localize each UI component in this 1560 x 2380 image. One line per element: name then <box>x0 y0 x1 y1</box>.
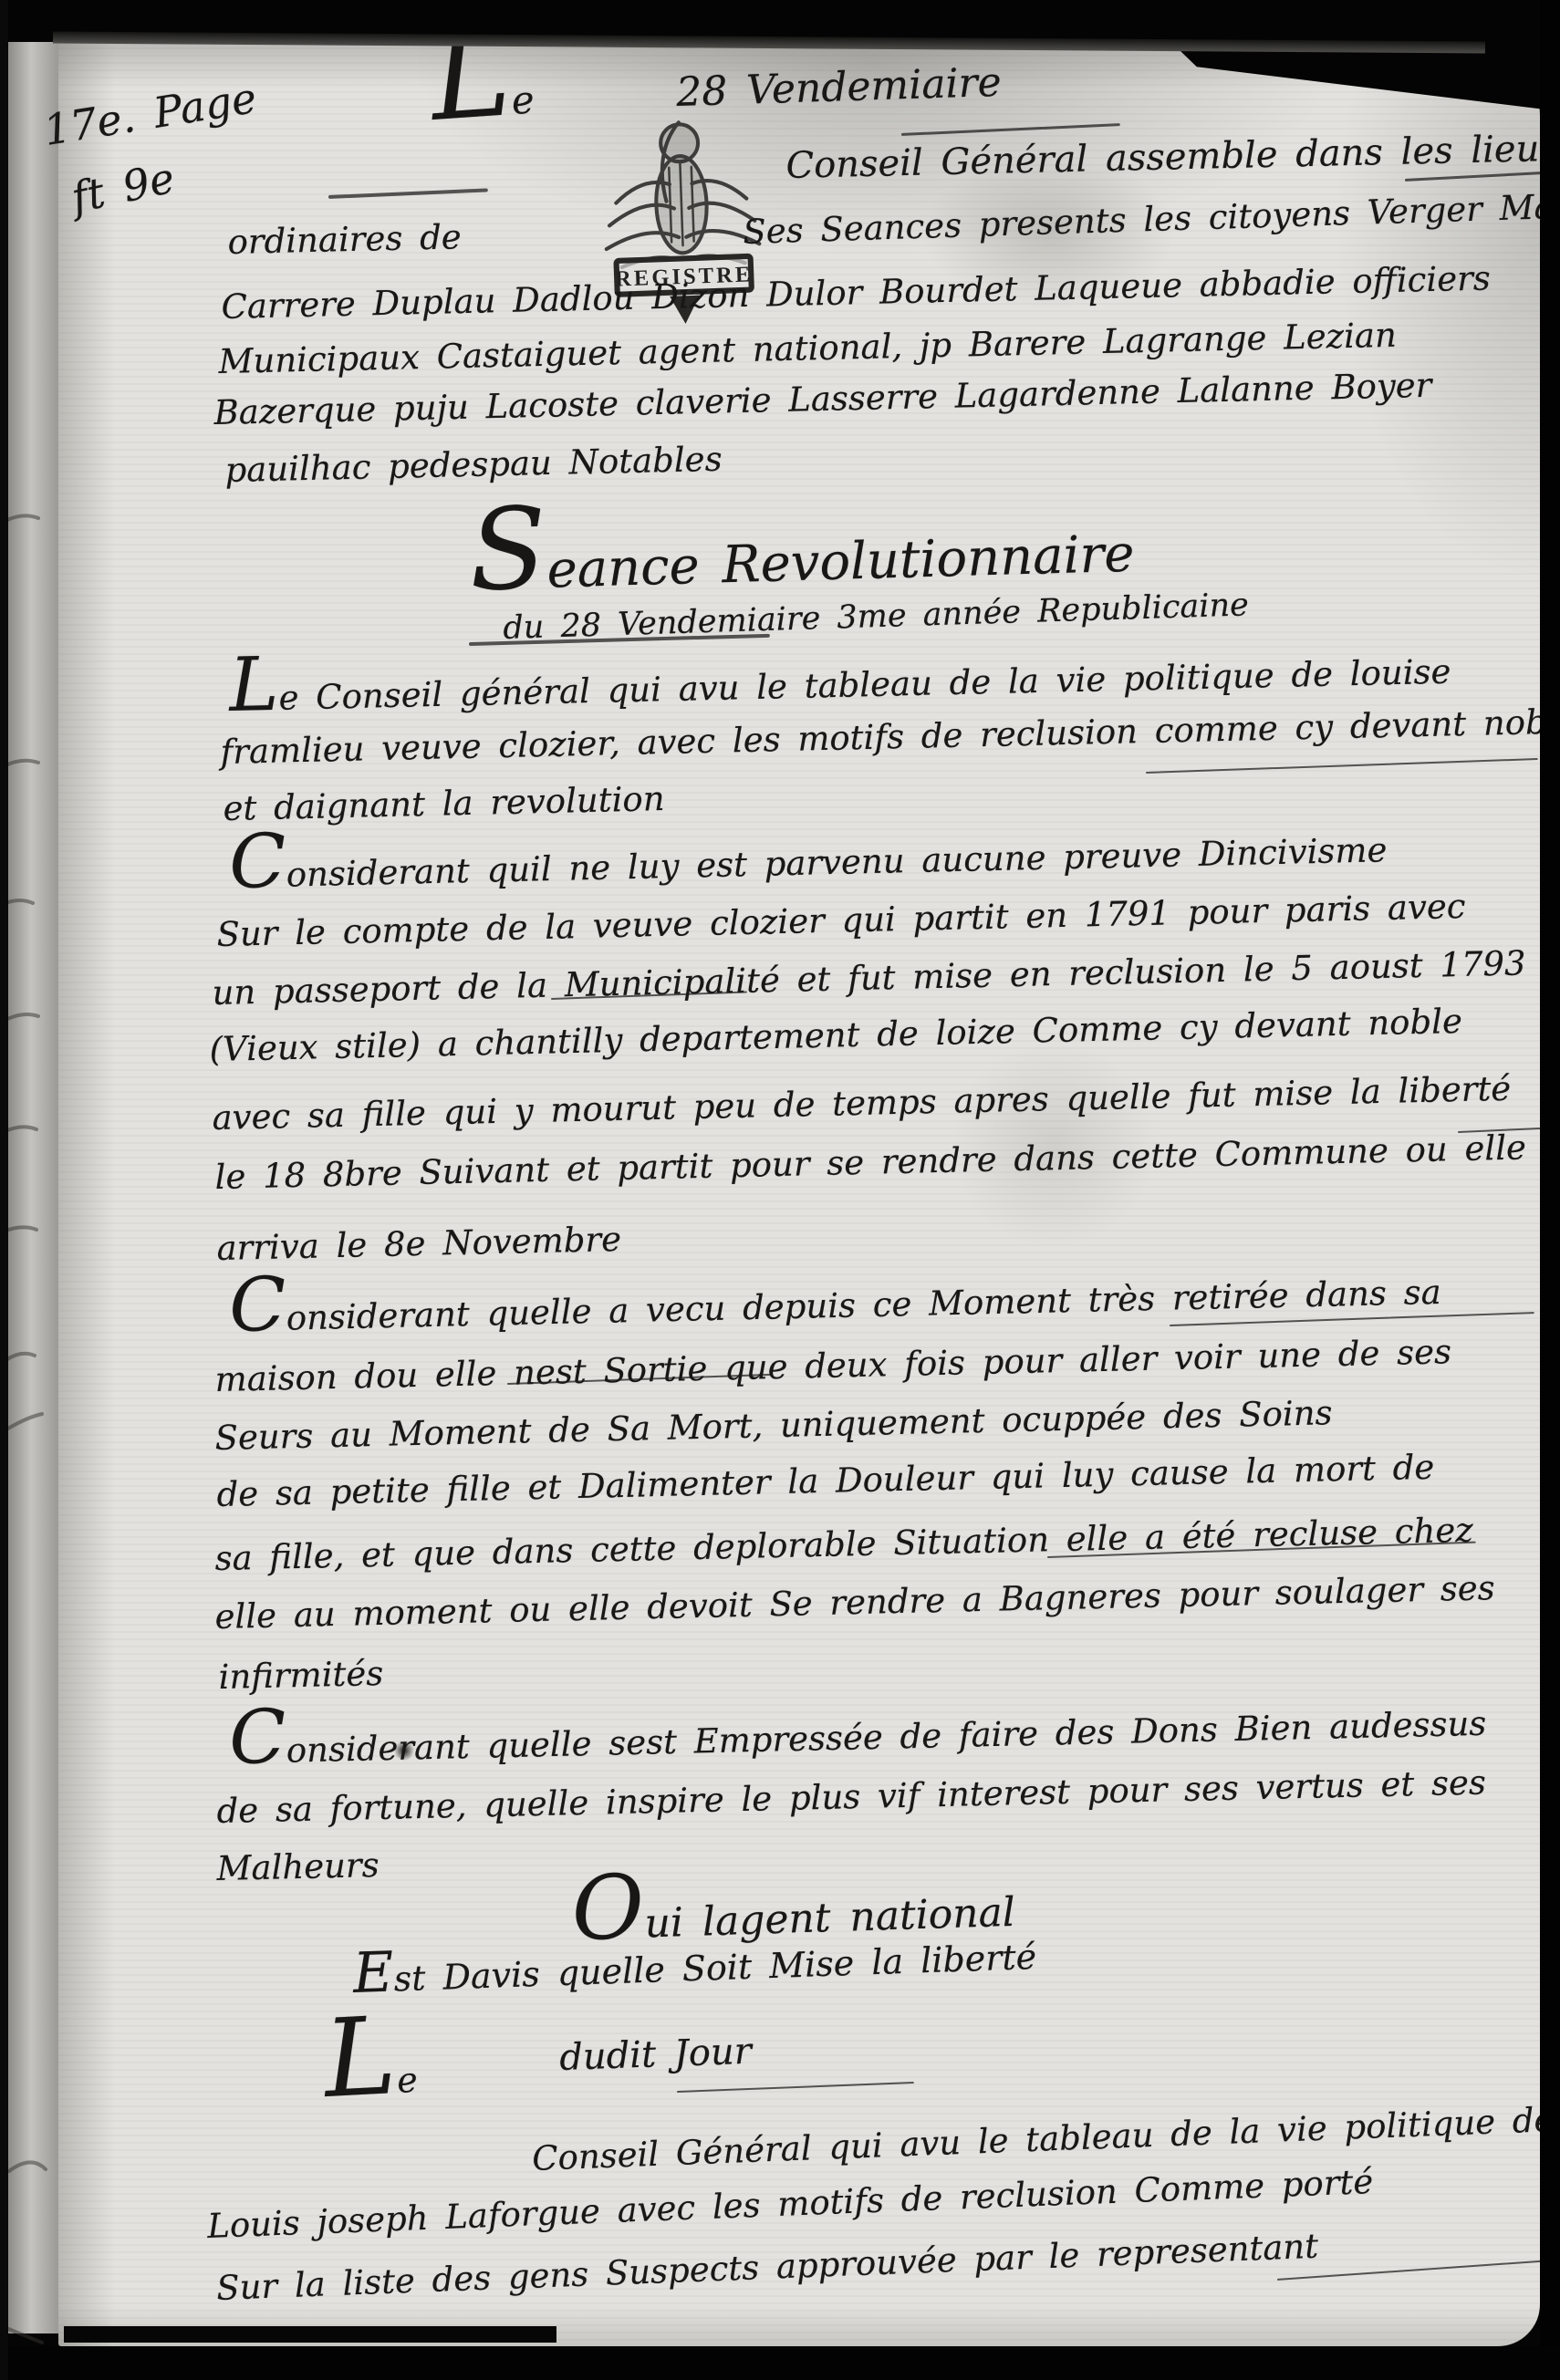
manuscript-line: infirmités <box>218 1657 383 1694</box>
manuscript-scan: REGISTRE 28 Vendemiaire 17e. Page ft 9e … <box>0 0 1560 2380</box>
manuscript-line: arriva le 8e Novembre <box>216 1222 621 1265</box>
scan-border-bottom <box>0 2346 1560 2380</box>
manuscript-line: et daignant la revolution <box>223 782 665 826</box>
bleed-through-marks <box>0 2098 55 2354</box>
scan-border-right <box>1540 0 1560 2380</box>
scan-border-left <box>0 0 8 2380</box>
closing-initial: Le <box>325 2055 419 2102</box>
dudit-heading: dudit Jour <box>559 2033 753 2076</box>
opening-initial: Le <box>431 71 536 126</box>
scan-edge-notch <box>64 2326 556 2343</box>
header-date: 28 Vendemiaire <box>676 63 1003 113</box>
manuscript-line: Malheurs <box>216 1848 380 1886</box>
manuscript-line: ordinaires de <box>227 220 462 259</box>
